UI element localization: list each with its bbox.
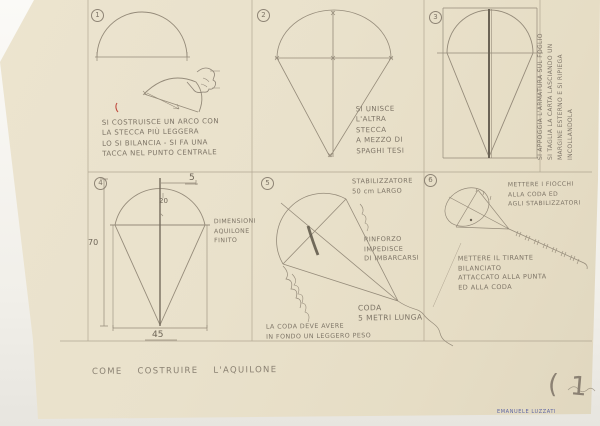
panel-6-number: 6 (424, 174, 437, 187)
bows-note: METTERE I FIOCCHI ALLA CODA ED AGLI STAB… (508, 179, 581, 209)
caption-line: STECCA (356, 124, 404, 135)
caption-line: SPAGHI TESI (356, 145, 404, 156)
bridle-note: METTERE IL TIRANTE BILANCIATO ATTACCATO … (458, 253, 547, 293)
tail-weight-note: LA CODA DEVE AVERE IN FONDO UN LEGGERO P… (266, 321, 371, 342)
caption-line: ATTACCATO ALLA PUNTA (458, 273, 547, 284)
panel-3-caption-line: MARGINE ESTERNO E SI RIPIEGA (557, 54, 565, 160)
archive-stamp: EMANUELE LUZZATI (497, 409, 556, 415)
caption-line: L'ALTRA (356, 114, 404, 125)
caption-line: SI UNISCE (356, 104, 404, 115)
panel-3-caption-line: SI TAGLIA LA CARTA LASCIANDO UN (547, 43, 555, 160)
caption-line: FINITO (214, 236, 256, 246)
panel-3-caption-line: INCOLLANDOLA (567, 109, 575, 160)
caption-line: STABILIZZATORE (352, 177, 413, 187)
panel-1-number: 1 (91, 9, 104, 22)
pencil-sketch-layer (0, 0, 600, 426)
bow-sketch (95, 12, 202, 112)
dimension-sketch (100, 178, 210, 340)
caption-line: IN FONDO UN LEGGERO PESO (266, 331, 371, 342)
caption-line: METTERE I FIOCCHI (508, 179, 581, 190)
page-number-mark: ( 1 (547, 369, 590, 402)
dim-label-height: 70 (88, 238, 98, 247)
caption-line: DIMENSIONI (214, 217, 256, 227)
panel-2-caption: SI UNISCE L'ALTRA STECCA A MEZZO DI SPAG… (356, 104, 405, 157)
caption-line: TACCA NEL PUNTO CENTRALE (102, 147, 219, 159)
dim-label-width: 45 (152, 330, 163, 340)
caption-line: DI IMBARCARSI (364, 254, 419, 264)
caption-line: METTERE IL TIRANTE (458, 253, 547, 264)
caption-line: 50 cm LARGO (352, 186, 413, 196)
paper-cut-sketch (437, 8, 543, 158)
caption-line: AGLI STABILIZZATORI (508, 199, 581, 210)
panel-1-caption: SI COSTRUISCE UN ARCO CON LA STECCA PIÙ … (102, 116, 220, 159)
stabilizer-note: STABILIZZATORE 50 cm LARGO (352, 177, 413, 197)
reinforce-note: RINFORZO IMPEDISCE DI IMBARCARSI (364, 235, 419, 265)
panel-3-number: 3 (429, 11, 442, 24)
scanned-sheet: 1 2 3 4 5 6 SI COSTRUISCE UN ARCO CON LA… (0, 0, 600, 426)
panel-4-caption: DIMENSIONI AQUILONE FINITO (214, 217, 256, 246)
panel-3-caption-line: SI APPOGGIA L'ARMATURA SUL FOGLIO (537, 33, 545, 160)
caption-line: AQUILONE (214, 226, 256, 236)
dim-label-neck: 20 (159, 197, 168, 205)
red-pencil-mark (116, 103, 118, 112)
dim-label-tip: 5 (189, 173, 195, 183)
sheet-title: COME COSTRUIRE L'AQUILONE (92, 365, 277, 377)
panel-4-number: 4 (94, 177, 107, 190)
panel-5-number: 5 (261, 177, 274, 190)
caption-line: ED ALLA CODA (458, 282, 547, 293)
caption-line: A MEZZO DI (356, 135, 404, 146)
panel-2-number: 2 (257, 9, 270, 22)
